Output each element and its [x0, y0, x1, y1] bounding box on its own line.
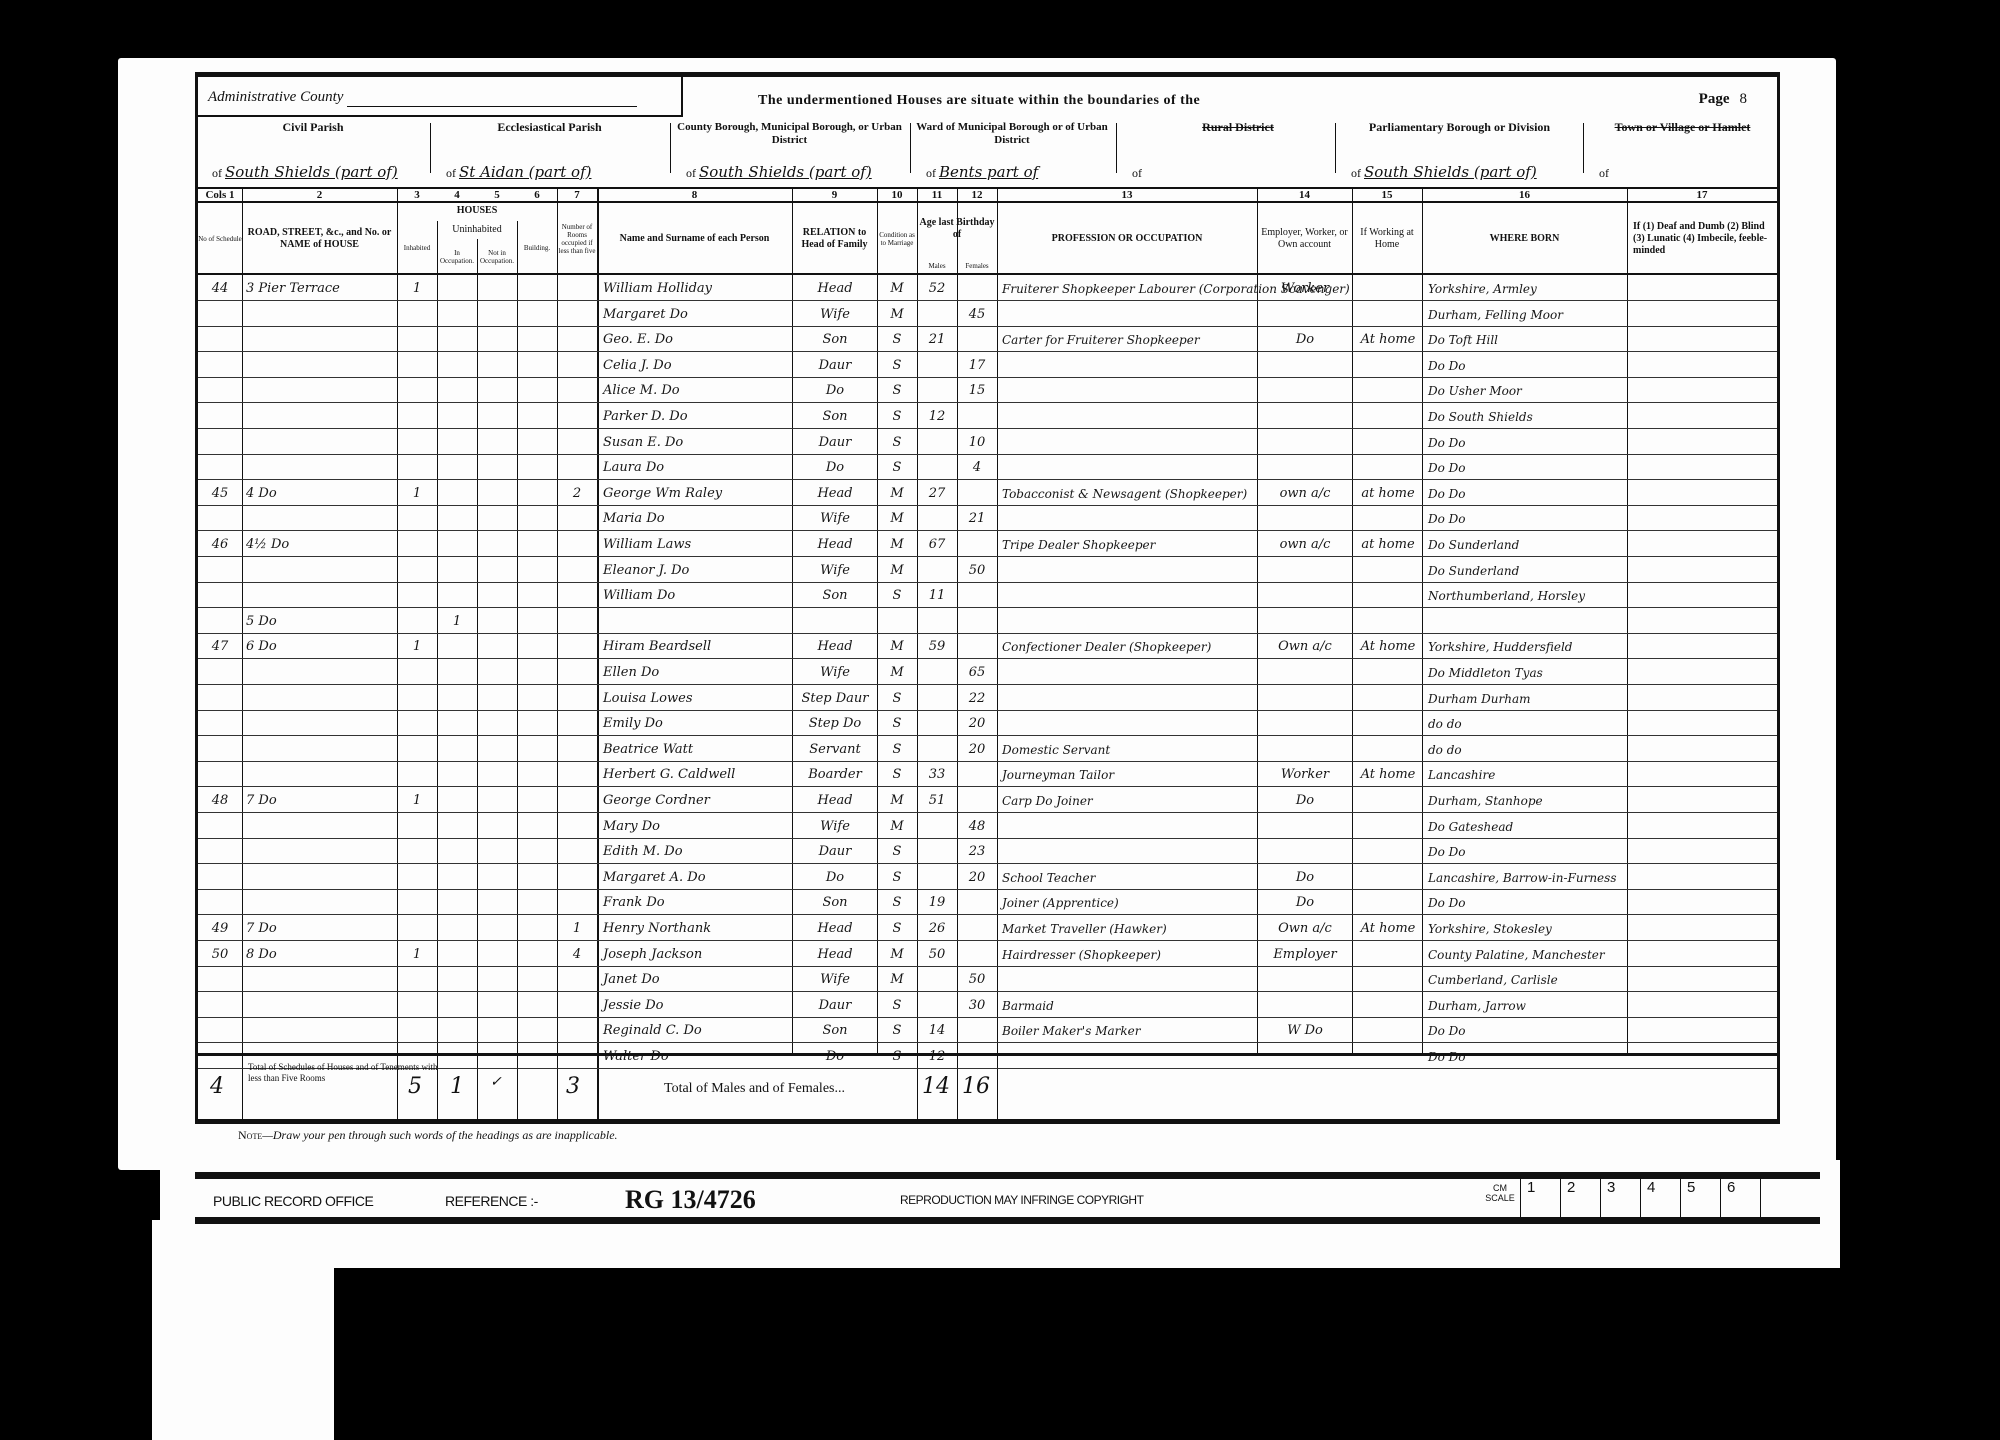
cell-building: [517, 685, 557, 711]
cell-female-age: [957, 787, 997, 813]
cell-uninhab-not: [477, 608, 517, 634]
cell-at-home: [1354, 659, 1422, 685]
cell-employer: [1259, 352, 1351, 378]
cell-name: Henry Northank: [603, 915, 791, 941]
cell-condition: M: [877, 480, 917, 506]
cell-uninhab-not: [477, 557, 517, 583]
cell-schedule: [200, 454, 240, 480]
cell-employer: [1259, 429, 1351, 455]
table-row: 508 Do14Joseph JacksonHeadM50Hairdresser…: [198, 941, 1777, 967]
table-row: 487 Do1George CordnerHeadM51Carp Do Join…: [198, 787, 1777, 813]
cell-inhabited: [397, 915, 437, 941]
total-males: 14: [922, 1074, 950, 1099]
cell-male-age: [917, 992, 957, 1018]
cell-at-home: [1354, 582, 1422, 608]
cell-at-home: [1354, 429, 1422, 455]
cell-born: Durham, Stanhope: [1428, 787, 1626, 813]
cell-schedule: 49: [200, 915, 240, 941]
cell-building: [517, 505, 557, 531]
cell-male-age: 51: [917, 787, 957, 813]
cell-male-age: [917, 813, 957, 839]
cell-schedule: 45: [200, 480, 240, 506]
cell-road: 8 Do: [246, 941, 396, 967]
table-row: 443 Pier Terrace1William HollidayHeadM52…: [198, 275, 1777, 301]
cell-inhabited: [397, 710, 437, 736]
cell-rooms: [557, 838, 597, 864]
cell-uninhab-in: [437, 352, 477, 378]
cell-inhabited: [397, 838, 437, 864]
cell-inhabited: [397, 557, 437, 583]
table-row: Herbert G. CaldwellBoarderS33Journeyman …: [198, 761, 1777, 787]
cell-schedule: [200, 301, 240, 327]
cell-relation: Wife: [794, 966, 876, 992]
cell-at-home: [1354, 352, 1422, 378]
cell-relation: Daur: [794, 352, 876, 378]
cell-road: [246, 557, 396, 583]
cell-road: [246, 838, 396, 864]
cell-relation: Daur: [794, 429, 876, 455]
cell-name: William Holliday: [603, 275, 791, 301]
cell-relation: Step Daur: [794, 685, 876, 711]
cell-uninhab-in: [437, 557, 477, 583]
cell-building: [517, 608, 557, 634]
table-row: 476 Do1Hiram BeardsellHeadM59Confectione…: [198, 633, 1777, 659]
cell-condition: M: [877, 301, 917, 327]
cell-male-age: [917, 505, 957, 531]
cell-name: Ellen Do: [603, 659, 791, 685]
cell-born: Do Do: [1428, 454, 1626, 480]
cell-relation: Head: [794, 275, 876, 301]
cell-inhabited: [397, 505, 437, 531]
cell-condition: S: [877, 403, 917, 429]
cell-road: [246, 761, 396, 787]
cell-road: [246, 659, 396, 685]
cell-building: [517, 813, 557, 839]
cell-uninhab-in: [437, 659, 477, 685]
cell-schedule: [200, 813, 240, 839]
cell-rooms: [557, 429, 597, 455]
cell-uninhab-in: [437, 889, 477, 915]
cell-occupation: [1002, 659, 1256, 685]
cell-employer: own a/c: [1259, 480, 1351, 506]
cell-building: [517, 787, 557, 813]
cell-schedule: 50: [200, 941, 240, 967]
cell-building: [517, 403, 557, 429]
cell-name: Edith M. Do: [603, 838, 791, 864]
cell-uninhab-in: 1: [437, 608, 477, 634]
cell-inhabited: [397, 531, 437, 557]
table-row: Mary DoWifeM48Do Gateshead: [198, 813, 1777, 839]
cell-infirmity: [1629, 787, 1775, 813]
cell-employer: Worker: [1259, 275, 1351, 301]
cell-building: [517, 761, 557, 787]
cell-building: [517, 275, 557, 301]
cell-uninhab-in: [437, 992, 477, 1018]
total-inhabited: 5: [408, 1074, 422, 1099]
table-row: William DoSonS11Northumberland, Horsley: [198, 582, 1777, 608]
cell-schedule: [200, 889, 240, 915]
cell-condition: M: [877, 633, 917, 659]
total-females: 16: [962, 1074, 990, 1099]
cell-schedule: 48: [200, 787, 240, 813]
cell-infirmity: [1629, 1017, 1775, 1043]
cell-uninhab-not: [477, 915, 517, 941]
total-uninhabited-not: ✓: [490, 1074, 502, 1090]
cell-born: Do Do: [1428, 838, 1626, 864]
cell-occupation: Tripe Dealer Shopkeeper: [1002, 531, 1256, 557]
cell-rooms: [557, 582, 597, 608]
cell-infirmity: [1629, 352, 1775, 378]
cell-condition: S: [877, 352, 917, 378]
cell-born: Do Do: [1428, 480, 1626, 506]
cell-inhabited: [397, 813, 437, 839]
cell-at-home: [1354, 710, 1422, 736]
cell-infirmity: [1629, 659, 1775, 685]
cell-condition: S: [877, 429, 917, 455]
cell-born: Do Do: [1428, 889, 1626, 915]
cell-infirmity: [1629, 889, 1775, 915]
table-row: 5 Do1: [198, 608, 1777, 634]
cell-condition: M: [877, 275, 917, 301]
cell-relation: Head: [794, 633, 876, 659]
cell-male-age: 26: [917, 915, 957, 941]
cell-employer: [1259, 377, 1351, 403]
cell-born: Do Sunderland: [1428, 557, 1626, 583]
cell-road: [246, 429, 396, 455]
cell-inhabited: 1: [397, 275, 437, 301]
table-row: Edith M. DoDaurS23Do Do: [198, 838, 1777, 864]
reference-code: RG 13/4726: [625, 1185, 756, 1215]
office-label: PUBLIC RECORD OFFICE: [213, 1193, 373, 1209]
column-numbers: Cols 1 2 3 4 5 6 7 8 9 10 11 12 13 14 15…: [198, 189, 1777, 203]
cell-at-home: At home: [1354, 326, 1422, 352]
cell-at-home: [1354, 787, 1422, 813]
cell-uninhab-not: [477, 352, 517, 378]
boundary-banner: The undermentioned Houses are situate wi…: [758, 93, 1200, 109]
cell-name: Alice M. Do: [603, 377, 791, 403]
cell-relation: Son: [794, 326, 876, 352]
form-note: Note—Draw your pen through such words of…: [238, 1128, 618, 1143]
cell-occupation: [1002, 838, 1256, 864]
cell-road: [246, 813, 396, 839]
table-row: Susan E. DoDaurS10Do Do: [198, 429, 1777, 455]
cell-building: [517, 659, 557, 685]
cell-building: [517, 429, 557, 455]
cell-name: Reginald C. Do: [603, 1017, 791, 1043]
cell-rooms: [557, 557, 597, 583]
cell-rooms: 4: [557, 941, 597, 967]
cell-occupation: [1002, 429, 1256, 455]
cell-occupation: [1002, 685, 1256, 711]
cell-inhabited: [397, 377, 437, 403]
cell-at-home: [1354, 685, 1422, 711]
cell-infirmity: [1629, 301, 1775, 327]
cell-female-age: [957, 889, 997, 915]
cell-infirmity: [1629, 710, 1775, 736]
cell-at-home: [1354, 889, 1422, 915]
cell-inhabited: [397, 966, 437, 992]
cell-at-home: [1354, 403, 1422, 429]
cell-name: Hiram Beardsell: [603, 633, 791, 659]
cell-inhabited: [397, 659, 437, 685]
district-county-borough: County Borough, Municipal Borough, or Ur…: [672, 117, 907, 187]
admin-county-label: Administrative County: [208, 89, 343, 105]
cell-uninhab-in: [437, 480, 477, 506]
cell-born: Yorkshire, Armley: [1428, 275, 1626, 301]
cell-road: 6 Do: [246, 633, 396, 659]
cell-rooms: [557, 889, 597, 915]
cell-road: [246, 403, 396, 429]
copyright-notice: REPRODUCTION MAY INFRINGE COPYRIGHT: [900, 1193, 1143, 1207]
cell-infirmity: [1629, 377, 1775, 403]
cell-female-age: 50: [957, 557, 997, 583]
cell-male-age: 12: [917, 403, 957, 429]
cell-employer: Own a/c: [1259, 915, 1351, 941]
cell-inhabited: 1: [397, 787, 437, 813]
cell-female-age: 10: [957, 429, 997, 455]
cell-employer: [1259, 454, 1351, 480]
cell-condition: S: [877, 864, 917, 890]
cell-employer: own a/c: [1259, 531, 1351, 557]
cell-inhabited: [397, 352, 437, 378]
reference-band: PUBLIC RECORD OFFICE REFERENCE :- RG 13/…: [195, 1172, 1820, 1224]
cell-female-age: [957, 608, 997, 634]
cell-rooms: [557, 608, 597, 634]
cell-male-age: [917, 454, 957, 480]
cell-male-age: 52: [917, 275, 957, 301]
cell-rooms: [557, 377, 597, 403]
cell-schedule: 46: [200, 531, 240, 557]
cell-uninhab-not: [477, 429, 517, 455]
cell-inhabited: [397, 889, 437, 915]
cell-infirmity: [1629, 480, 1775, 506]
cell-occupation: Barmaid: [1002, 992, 1256, 1018]
cell-road: [246, 1017, 396, 1043]
table-row: Parker D. DoSonS12Do South Shields: [198, 403, 1777, 429]
cell-relation: Son: [794, 1017, 876, 1043]
cell-uninhab-not: [477, 659, 517, 685]
cell-name: Geo. E. Do: [603, 326, 791, 352]
cell-road: [246, 685, 396, 711]
cell-building: [517, 941, 557, 967]
cell-occupation: Tobacconist & Newsagent (Shopkeeper): [1002, 480, 1256, 506]
cell-rooms: [557, 813, 597, 839]
table-row: 454 Do12George Wm RaleyHeadM27Tobacconis…: [198, 480, 1777, 506]
cell-occupation: Fruiterer Shopkeeper Labourer (Corporati…: [1002, 275, 1256, 301]
cell-schedule: 47: [200, 633, 240, 659]
cell-building: [517, 889, 557, 915]
cell-inhabited: [397, 685, 437, 711]
cell-female-age: [957, 275, 997, 301]
cell-condition: S: [877, 454, 917, 480]
cell-relation: Head: [794, 480, 876, 506]
cell-male-age: [917, 710, 957, 736]
cell-rooms: [557, 531, 597, 557]
cell-inhabited: [397, 608, 437, 634]
cell-born: Durham, Felling Moor: [1428, 301, 1626, 327]
cell-schedule: [200, 352, 240, 378]
cell-condition: S: [877, 761, 917, 787]
cell-road: [246, 454, 396, 480]
cell-relation: Son: [794, 582, 876, 608]
cell-employer: [1259, 505, 1351, 531]
cell-male-age: 27: [917, 480, 957, 506]
cell-born: [1428, 608, 1626, 634]
cell-condition: M: [877, 659, 917, 685]
cell-occupation: [1002, 377, 1256, 403]
cell-condition: M: [877, 966, 917, 992]
cell-uninhab-in: [437, 966, 477, 992]
cell-inhabited: [397, 992, 437, 1018]
cell-female-age: 45: [957, 301, 997, 327]
cell-uninhab-not: [477, 403, 517, 429]
cell-at-home: at home: [1354, 480, 1422, 506]
cell-inhabited: 1: [397, 480, 437, 506]
cell-inhabited: [397, 429, 437, 455]
cell-occupation: School Teacher: [1002, 864, 1256, 890]
cell-condition: S: [877, 377, 917, 403]
cm-scale: CM SCALE 1 2 3 4 5 6: [1480, 1177, 1820, 1219]
cell-name: Herbert G. Caldwell: [603, 761, 791, 787]
cell-infirmity: [1629, 864, 1775, 890]
table-row: 497 Do1Henry NorthankHeadS26Market Trave…: [198, 915, 1777, 941]
cell-uninhab-in: [437, 454, 477, 480]
cell-female-age: 4: [957, 454, 997, 480]
cell-male-age: 14: [917, 1017, 957, 1043]
cell-born: Lancashire: [1428, 761, 1626, 787]
table-row: 464½ DoWilliam LawsHeadM67Tripe Dealer S…: [198, 531, 1777, 557]
cell-occupation: Boiler Maker's Marker: [1002, 1017, 1256, 1043]
district-town-village: Town or Village or Hamlet of: [1585, 117, 1780, 187]
cell-occupation: Joiner (Apprentice): [1002, 889, 1256, 915]
cell-road: 7 Do: [246, 787, 396, 813]
admin-county-box: Administrative County: [198, 77, 683, 117]
cell-condition: M: [877, 505, 917, 531]
cell-relation: Wife: [794, 301, 876, 327]
cell-road: [246, 352, 396, 378]
table-row: Frank DoSonS19Joiner (Apprentice)DoDo Do: [198, 889, 1777, 915]
cell-employer: W Do: [1259, 1017, 1351, 1043]
cell-male-age: [917, 557, 957, 583]
table-row: Margaret DoWifeM45Durham, Felling Moor: [198, 301, 1777, 327]
cell-name: Beatrice Watt: [603, 736, 791, 762]
cell-employer: [1259, 966, 1351, 992]
cell-road: 7 Do: [246, 915, 396, 941]
cell-infirmity: [1629, 454, 1775, 480]
cell-uninhab-in: [437, 685, 477, 711]
cell-employer: Employer: [1259, 941, 1351, 967]
cell-name: William Laws: [603, 531, 791, 557]
cell-male-age: [917, 864, 957, 890]
cell-born: Do Do: [1428, 352, 1626, 378]
cell-relation: Wife: [794, 505, 876, 531]
cell-employer: [1259, 403, 1351, 429]
cell-employer: [1259, 992, 1351, 1018]
cell-male-age: 59: [917, 633, 957, 659]
cell-condition: M: [877, 813, 917, 839]
cell-building: [517, 1017, 557, 1043]
cell-relation: Head: [794, 787, 876, 813]
cell-female-age: [957, 633, 997, 659]
cell-employer: [1259, 301, 1351, 327]
table-row: Beatrice WattServantS20Domestic Servantd…: [198, 736, 1777, 762]
cell-condition: M: [877, 557, 917, 583]
cell-male-age: [917, 838, 957, 864]
cell-uninhab-not: [477, 480, 517, 506]
cell-uninhab-not: [477, 864, 517, 890]
cell-name: Frank Do: [603, 889, 791, 915]
cell-employer: Do: [1259, 787, 1351, 813]
cell-infirmity: [1629, 531, 1775, 557]
cell-building: [517, 557, 557, 583]
cell-rooms: 2: [557, 480, 597, 506]
cell-condition: [877, 608, 917, 634]
cell-rooms: [557, 275, 597, 301]
cell-uninhab-not: [477, 710, 517, 736]
cell-employer: [1259, 608, 1351, 634]
cell-schedule: [200, 685, 240, 711]
cell-inhabited: 1: [397, 633, 437, 659]
cell-infirmity: [1629, 966, 1775, 992]
cell-name: Susan E. Do: [603, 429, 791, 455]
cell-schedule: [200, 505, 240, 531]
cell-infirmity: [1629, 761, 1775, 787]
cell-occupation: [1002, 301, 1256, 327]
cell-uninhab-in: [437, 505, 477, 531]
cell-rooms: 1: [557, 915, 597, 941]
cell-born: do do: [1428, 710, 1626, 736]
cell-uninhab-not: [477, 301, 517, 327]
cell-building: [517, 582, 557, 608]
cell-relation: Servant: [794, 736, 876, 762]
cell-employer: [1259, 659, 1351, 685]
cell-uninhab-not: [477, 377, 517, 403]
cell-at-home: [1354, 608, 1422, 634]
cell-uninhab-not: [477, 505, 517, 531]
cell-born: Yorkshire, Stokesley: [1428, 915, 1626, 941]
cell-name: Emily Do: [603, 710, 791, 736]
cell-female-age: 30: [957, 992, 997, 1018]
cell-infirmity: [1629, 941, 1775, 967]
cell-occupation: [1002, 813, 1256, 839]
cell-uninhab-in: [437, 864, 477, 890]
cell-condition: S: [877, 838, 917, 864]
cell-relation: Wife: [794, 813, 876, 839]
cell-employer: [1259, 557, 1351, 583]
cell-road: [246, 992, 396, 1018]
cell-rooms: [557, 659, 597, 685]
cell-condition: M: [877, 531, 917, 557]
cell-schedule: [200, 1017, 240, 1043]
cell-male-age: [917, 301, 957, 327]
cell-building: [517, 352, 557, 378]
cell-relation: Head: [794, 531, 876, 557]
cell-name: Laura Do: [603, 454, 791, 480]
cell-inhabited: 1: [397, 941, 437, 967]
cell-inhabited: [397, 864, 437, 890]
cell-occupation: [1002, 966, 1256, 992]
cell-at-home: [1354, 838, 1422, 864]
cell-rooms: [557, 992, 597, 1018]
cell-at-home: [1354, 301, 1422, 327]
cell-schedule: [200, 377, 240, 403]
cell-road: 4 Do: [246, 480, 396, 506]
cell-name: Louisa Lowes: [603, 685, 791, 711]
cell-at-home: [1354, 557, 1422, 583]
cell-male-age: 33: [917, 761, 957, 787]
cell-uninhab-in: [437, 787, 477, 813]
cell-occupation: Journeyman Tailor: [1002, 761, 1256, 787]
